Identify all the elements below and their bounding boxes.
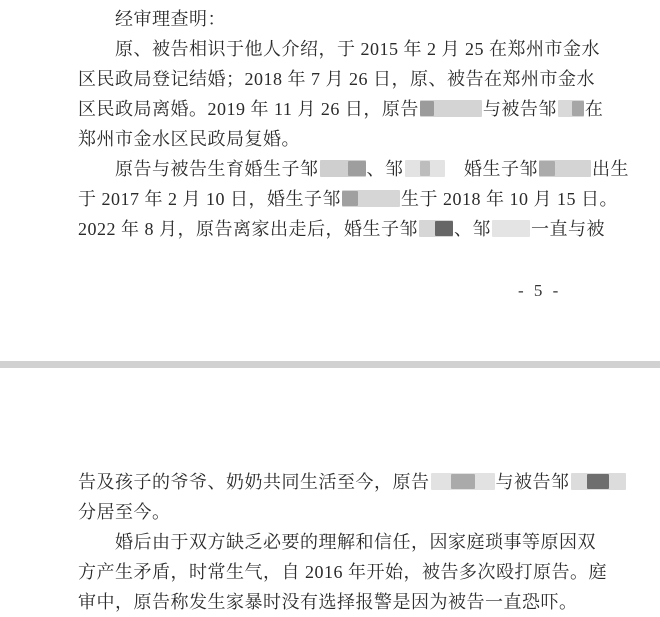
text-segment: 、邹 [454, 219, 491, 239]
text-line: 原、被告相识于他人介绍，于 2015 年 2 月 25 在郑州市金水 [78, 34, 648, 64]
text-segment: 经审理查明： [115, 9, 226, 29]
redaction-block [571, 473, 626, 490]
text-segment: 出生 [592, 159, 629, 179]
redaction-chip [435, 221, 453, 236]
text-segment: 区民政局离婚。2019 年 11 月 26 日，原告 [78, 99, 419, 119]
text-line: 婚后由于双方缺乏必要的理解和信任，因家庭琐事等原因双 [78, 527, 648, 557]
text-line: 审中，原告称发生家暴时没有选择报警是因为被告一直恐吓。 [78, 587, 648, 617]
text-line: 原告与被告生育婚生子邹、邹 婚生子邹出生 [78, 154, 648, 184]
text-line: 分居至今。 [78, 497, 648, 527]
text-segment: 2022 年 8 月，原告离家出走后，婚生子邹 [78, 219, 418, 239]
text-segment: 与被告邹 [483, 99, 557, 119]
text-segment: 生于 2018 年 10 月 15 日。 [401, 189, 618, 209]
page-bottom-text: 告及孩子的爷爷、奶奶共同生活至今，原告与被告邹分居至今。婚后由于双方缺乏必要的理… [78, 467, 648, 617]
redaction-block [492, 220, 530, 237]
redaction-chip [572, 101, 584, 116]
text-segment: 原、被告相识于他人介绍，于 2015 年 2 月 25 在郑州市金水 [115, 39, 600, 59]
text-line: 方产生矛盾，时常生气，自 2016 年开始，被告多次殴打原告。庭 [78, 557, 648, 587]
text-segment: 方产生矛盾，时常生气，自 2016 年开始，被告多次殴打原告。庭 [78, 562, 607, 582]
text-segment: 区民政局登记结婚；2018 年 7 月 26 日，原、被告在郑州市金水 [78, 69, 595, 89]
text-segment: 告及孩子的爷爷、奶奶共同生活至今，原告 [78, 472, 430, 492]
text-segment: 、邹 [367, 159, 404, 179]
text-segment: 审中，原告称发生家暴时没有选择报警是因为被告一直恐吓。 [78, 592, 578, 612]
redaction-block [420, 100, 482, 117]
redaction-chip [420, 101, 434, 116]
text-segment: 婚生子邹 [446, 159, 539, 179]
redaction-block [431, 473, 495, 490]
text-line: 郑州市金水区民政局复婚。 [78, 124, 648, 154]
text-line: 告及孩子的爷爷、奶奶共同生活至今，原告与被告邹 [78, 467, 648, 497]
redaction-block [539, 160, 591, 177]
redaction-chip [539, 161, 555, 176]
text-line: 区民政局登记结婚；2018 年 7 月 26 日，原、被告在郑州市金水 [78, 64, 648, 94]
text-line: 经审理查明： [78, 4, 648, 34]
text-segment: 在 [585, 99, 604, 119]
redaction-chip [348, 161, 366, 176]
redaction-chip [420, 161, 430, 176]
text-segment: 一直与被 [531, 219, 605, 239]
text-segment: 原告与被告生育婚生子邹 [115, 159, 319, 179]
redaction-block [558, 100, 584, 117]
redaction-block [342, 190, 400, 207]
document-scan: 经审理查明：原、被告相识于他人介绍，于 2015 年 2 月 25 在郑州市金水… [0, 0, 660, 617]
text-segment: 于 2017 年 2 月 10 日，婚生子邹 [78, 189, 341, 209]
page-top-text: 经审理查明：原、被告相识于他人介绍，于 2015 年 2 月 25 在郑州市金水… [78, 4, 648, 244]
redaction-block [320, 160, 366, 177]
redaction-chip [587, 474, 609, 489]
text-segment: 郑州市金水区民政局复婚。 [78, 129, 300, 149]
text-line: 于 2017 年 2 月 10 日，婚生子邹生于 2018 年 10 月 15 … [78, 184, 648, 214]
page-separator [0, 361, 660, 368]
page-number: - 5 - [518, 281, 561, 301]
text-segment: 分居至今。 [78, 502, 171, 522]
text-line: 2022 年 8 月，原告离家出走后，婚生子邹、邹一直与被 [78, 214, 648, 244]
redaction-block [419, 220, 453, 237]
redaction-block [405, 160, 445, 177]
text-segment: 与被告邹 [496, 472, 570, 492]
text-line: 区民政局离婚。2019 年 11 月 26 日，原告与被告邹在 [78, 94, 648, 124]
text-segment: 婚后由于双方缺乏必要的理解和信任，因家庭琐事等原因双 [115, 532, 596, 552]
redaction-chip [342, 191, 358, 206]
redaction-chip [451, 474, 475, 489]
